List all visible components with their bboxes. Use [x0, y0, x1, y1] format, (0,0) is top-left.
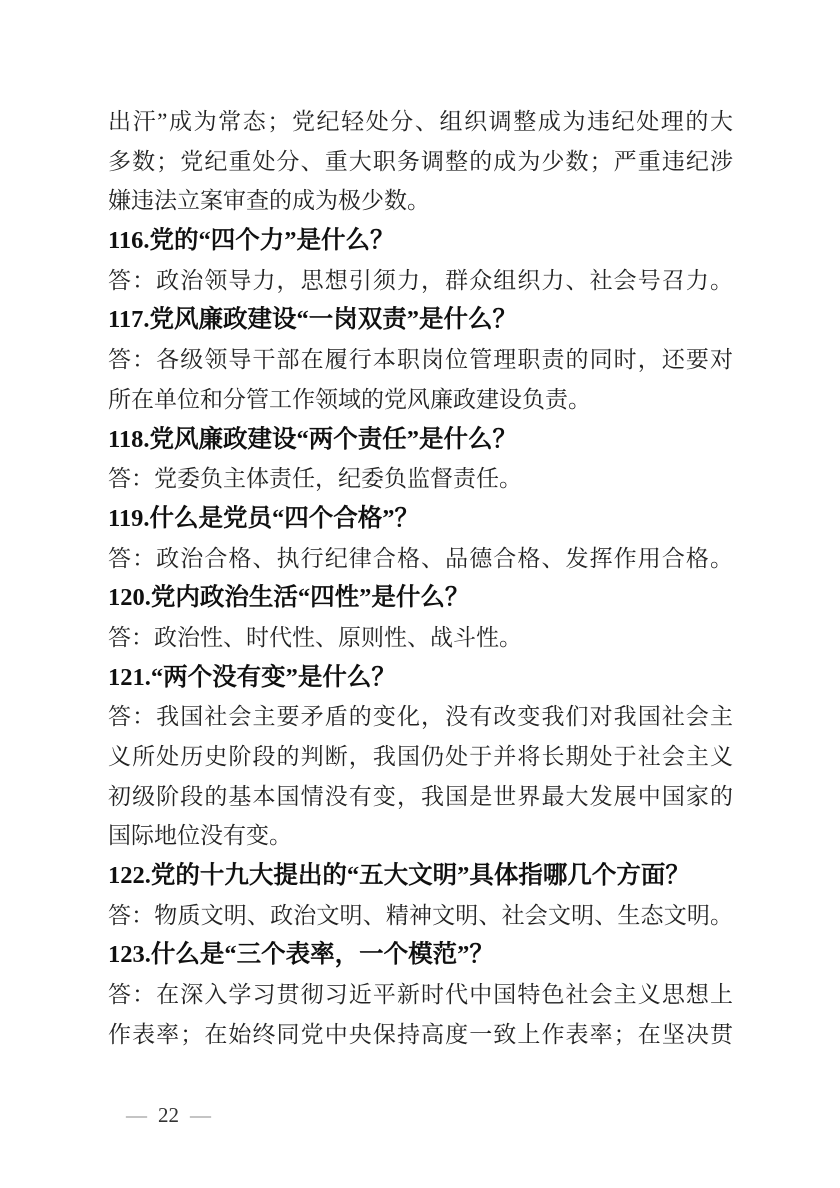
document-page: 出汗”成为常态；党纪轻处分、组织调整成为违纪处理的大 多数；党纪重处分、重大职务… — [0, 0, 840, 1188]
document-content: 出汗”成为常态；党纪轻处分、组织调整成为违纪处理的大 多数；党纪重处分、重大职务… — [108, 102, 733, 1055]
answer-line: 义所处历史阶段的判断，我国仍处于并将长期处于社会主义 — [108, 737, 733, 777]
question-heading: 116.党的“四个力”是什么？ — [108, 221, 733, 261]
question-heading: 119.什么是党员“四个合格”？ — [108, 499, 733, 539]
footer-right-dash: — — [190, 1103, 211, 1127]
page-number: 22 — [158, 1103, 179, 1127]
question-heading: 122.党的十九大提出的“五大文明”具体指哪几个方面？ — [108, 856, 733, 896]
question-heading: 117.党风廉政建设“一岗双责”是什么？ — [108, 300, 733, 340]
answer-line: 答：政治合格、执行纪律合格、品德合格、发挥作用合格。 — [108, 539, 733, 579]
question-heading: 123.什么是“三个表率，一个模范”？ — [108, 935, 733, 975]
answer-line: 答：各级领导干部在履行本职岗位管理职责的同时，还要对 — [108, 340, 733, 380]
footer-left-dash: — — [126, 1103, 147, 1127]
answer-line: 作表率；在始终同党中央保持高度一致上作表率；在坚决贯 — [108, 1015, 733, 1055]
answer-line: 国际地位没有变。 — [108, 816, 733, 856]
answer-line: 初级阶段的基本国情没有变，我国是世界最大发展中国家的 — [108, 777, 733, 817]
answer-line: 答：政治领导力，思想引须力，群众组织力、社会号召力。 — [108, 261, 733, 301]
answer-line: 所在单位和分管工作领域的党风廉政建设负责。 — [108, 380, 733, 420]
answer-line: 答：党委负主体责任，纪委负监督责任。 — [108, 459, 733, 499]
question-heading: 121.“两个没有变”是什么？ — [108, 658, 733, 698]
answer-line: 答：我国社会主要矛盾的变化，没有改变我们对我国社会主 — [108, 697, 733, 737]
body-line: 多数；党纪重处分、重大职务调整的成为少数；严重违纪涉 — [108, 142, 733, 182]
page-footer: —22— — [126, 1100, 211, 1130]
body-line: 出汗”成为常态；党纪轻处分、组织调整成为违纪处理的大 — [108, 102, 733, 142]
answer-line: 答：物质文明、政治文明、精神文明、社会文明、生态文明。 — [108, 896, 733, 936]
answer-line: 答：在深入学习贯彻习近平新时代中国特色社会主义思想上 — [108, 975, 733, 1015]
body-line: 嫌违法立案审查的成为极少数。 — [108, 181, 733, 221]
question-heading: 118.党风廉政建设“两个责任”是什么？ — [108, 420, 733, 460]
answer-line: 答：政治性、时代性、原则性、战斗性。 — [108, 618, 733, 658]
question-heading: 120.党内政治生活“四性”是什么？ — [108, 578, 733, 618]
